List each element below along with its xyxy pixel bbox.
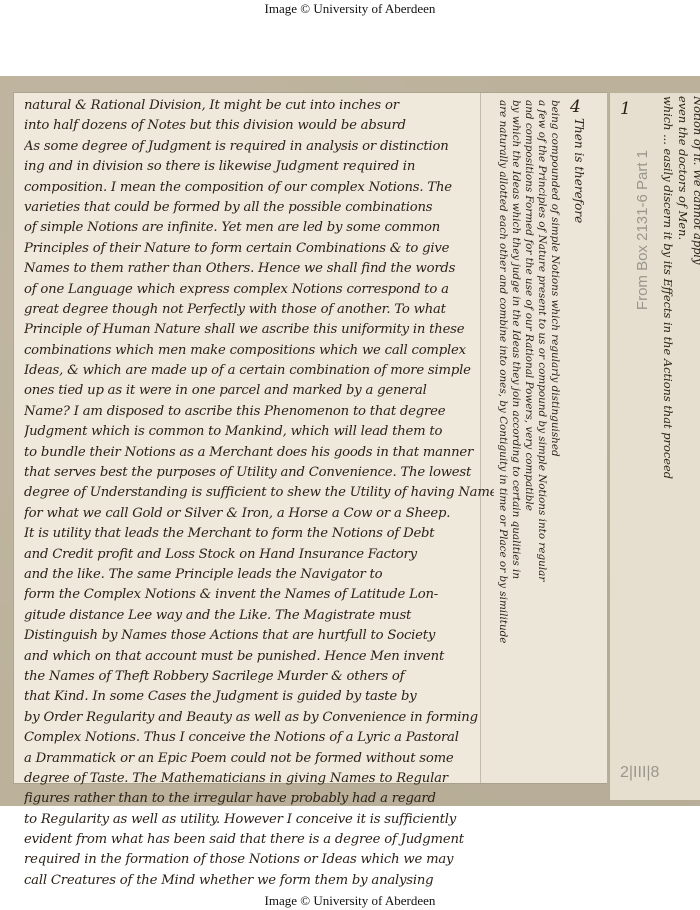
manuscript-line: ing and in division so there is likewise… [24, 157, 494, 177]
manuscript-line: degree of Understanding is sufficient to… [24, 483, 494, 503]
manuscript-line: degree of Taste. The Mathematicians in g… [24, 769, 494, 789]
manuscript-line: that Kind. In some Cases the Judgment is… [24, 687, 494, 707]
margin-note-line: a few of the Principles of Nature presen… [535, 100, 548, 770]
copyright-credit-bottom: Image © University of Aberdeen [0, 893, 700, 909]
manuscript-line: As some degree of Judgment is required i… [24, 137, 494, 157]
manuscript-line: ones tied up as it were in one parcel an… [24, 381, 494, 401]
manuscript-line: a Drammatick or an Epic Poem could not b… [24, 749, 494, 769]
manuscript-line: Names to them rather than Others. Hence … [24, 259, 494, 279]
manuscript-line: Judgment which is common to Mankind, whi… [24, 422, 494, 442]
manuscript-line: Principle of Human Nature shall we ascri… [24, 320, 494, 340]
manuscript-line: of simple Notions are infinite. Yet men … [24, 218, 494, 238]
manuscript-line: call Creatures of the Mind whether we fo… [24, 871, 494, 891]
margin-note-line: being compounded of simple Notions which… [548, 100, 561, 770]
manuscript-line: Ideas, & which are made up of a certain … [24, 361, 494, 381]
right-note-line: even the doctors of Men. [675, 96, 690, 796]
manuscript-line: and Credit profit and Loss Stock on Hand… [24, 545, 494, 565]
manuscript-line: Complex Notions. Thus I conceive the Not… [24, 728, 494, 748]
manuscript-line: for what we call Gold or Silver & Iron, … [24, 504, 494, 524]
manuscript-line: evident from what has been said that the… [24, 830, 494, 850]
manuscript-line: It is utility that leads the Merchant to… [24, 524, 494, 544]
manuscript-line: great degree though not Perfectly with t… [24, 300, 494, 320]
manuscript-line: combinations which men make compositions… [24, 341, 494, 361]
manuscript-line: composition. I mean the composition of o… [24, 178, 494, 198]
manuscript-line: form the Complex Notions & invent the Na… [24, 585, 494, 605]
page-number-main: 4 [570, 97, 581, 117]
manuscript-line: Principles of their Nature to form certa… [24, 239, 494, 259]
manuscript-line: and which on that account must be punish… [24, 647, 494, 667]
margin-note-top: Then is therefore [572, 118, 586, 223]
shelfmark-label: 2|III|8 [620, 764, 659, 782]
margin-note-line: and compositions Formed for the use of o… [522, 100, 535, 770]
manuscript-body-text: natural & Rational Division, It might be… [24, 96, 494, 891]
pencil-box-label: From Box 2131-6 Part 1 [634, 150, 651, 310]
manuscript-line: Name? I am disposed to ascribe this Phen… [24, 402, 494, 422]
margin-note-line: are naturally allotted each other and co… [496, 100, 509, 770]
manuscript-line: gitude distance Lee way and the Like. Th… [24, 606, 494, 626]
manuscript-line: the Names of Theft Robbery Sacrilege Mur… [24, 667, 494, 687]
right-note-lower: which ... easily discern it by its Effec… [660, 96, 675, 796]
manuscript-line: required in the formation of those Notio… [24, 850, 494, 870]
margin-note-line: by which the Ideas which they judge in t… [509, 100, 522, 770]
right-sheet-notes: ... are a ... the distinctions ...Notion… [660, 96, 700, 796]
manuscript-line: by Order Regularity and Beauty as well a… [24, 708, 494, 728]
manuscript-line: natural & Rational Division, It might be… [24, 96, 494, 116]
manuscript-line: and the like. The same Principle leads t… [24, 565, 494, 585]
manuscript-line: into half dozens of Notes but this divis… [24, 116, 494, 136]
manuscript-line: to Regularity as well as utility. Howeve… [24, 810, 494, 830]
manuscript-line: that serves best the purposes of Utility… [24, 463, 494, 483]
margin-notes: being compounded of simple Notions which… [496, 100, 561, 770]
manuscript-line: figures rather than to the irregular hav… [24, 789, 494, 809]
manuscript-line: varieties that could be formed by all th… [24, 198, 494, 218]
right-note-line: Notion of it. We cannot apply [690, 96, 700, 796]
page-number-right: 1 [620, 99, 631, 119]
manuscript-line: to bundle their Notions as a Merchant do… [24, 443, 494, 463]
manuscript-line: of one Language which express complex No… [24, 280, 494, 300]
manuscript-line: Distinguish by Names those Actions that … [24, 626, 494, 646]
copyright-credit-top: Image © University of Aberdeen [0, 1, 700, 17]
